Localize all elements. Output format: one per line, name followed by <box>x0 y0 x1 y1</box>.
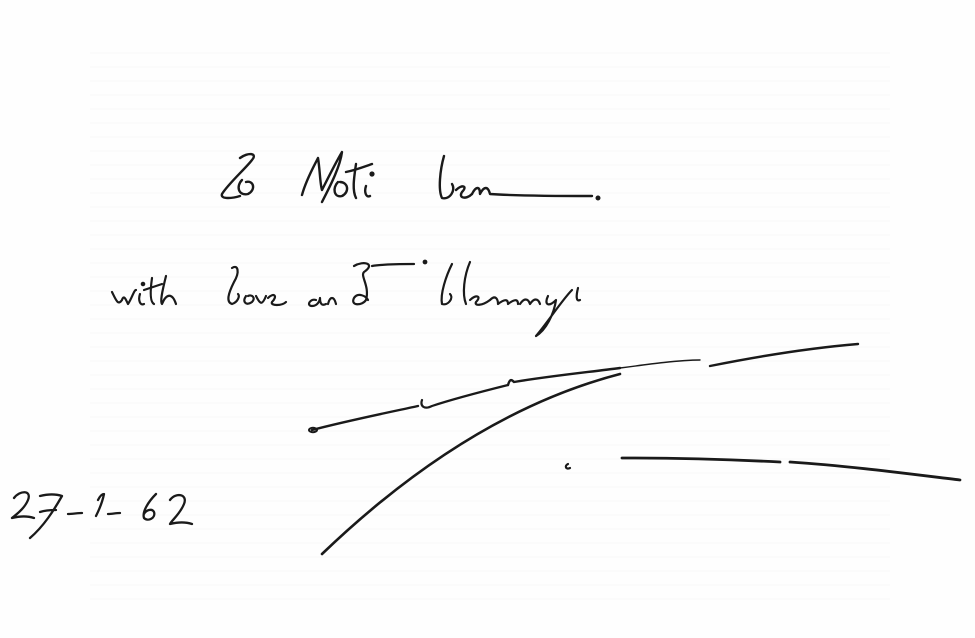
salutation-handwriting <box>222 152 599 202</box>
ink-layer <box>0 0 975 638</box>
message-handwriting <box>112 261 580 336</box>
signature-handwriting <box>309 344 960 554</box>
handwritten-note: To Motiben with love and blessings [hand… <box>0 0 975 638</box>
date-handwriting <box>12 492 192 538</box>
